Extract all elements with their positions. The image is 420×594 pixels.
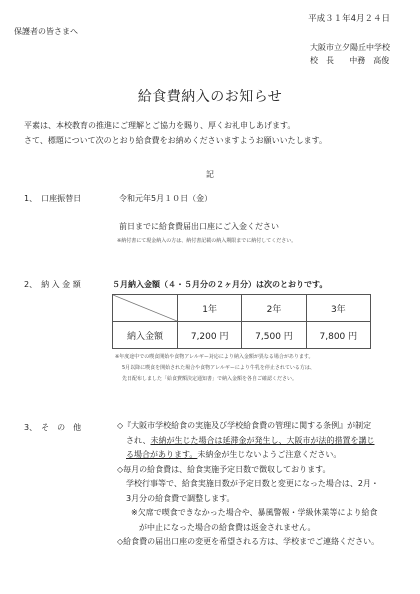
sender-block: 大阪市立夕陽丘中学校 校 長 中務 高俊 [310,41,390,67]
ordinance-line-3: る場合があります。未納金が生じないようご注意ください。 [117,448,379,463]
fee-grade-2: 7,500 円 [242,322,306,349]
ki-text: 記 [206,170,214,179]
account-change-line: ◇給食費の届出口座の変更を希望される方は、学校までご連絡ください。 [117,535,379,550]
ordinance-text: され、 [126,436,150,445]
section1-date: 令和元年5月１０日（金） [119,193,212,204]
row-label: 納入金額 [113,322,178,349]
page-title: 給食費納入のお知らせ [0,86,420,106]
section3-body: ◇『大阪市学校給食の実施及び学校給食費の管理に関する条例』が制定 され、未納が生… [117,419,379,550]
section2-note-3: 先日配布しました「給食費額決定通知書」で納入金額を各自ご確認ください。 [122,374,297,385]
ordinance-line-1: ◇『大阪市学校給食の実施及び学校給食費の管理に関する条例』が制定 [117,419,379,434]
intro-line-2: さて、標題について次のとおり給食費をお納めくださいますようお願いいたします。 [24,133,327,148]
intro-paragraph: 平素は、本校教育の推進にご理解とご協力を賜り、厚くお礼申しあげます。 さて、標題… [24,118,327,148]
principal-name: 中務 高俊 [349,54,389,67]
monthly-fee-line-3: 3月分の給食費で調整します。 [117,492,379,507]
refund-note-line-1: ※欠席で喫食できなかった場合や、暴風警報・学級休業等により給食 [117,506,379,521]
fee-table-row: 納入金額 7,200 円 7,500 円 7,800 円 [113,322,371,349]
principal-title: 校 長 [310,54,334,67]
monthly-fee-line-1: ◇毎月の給食費は、給食実施予定日数で徴収しております。 [117,463,379,478]
intro-line-1: 平素は、本校教育の推進にご理解とご協力を賜り、厚くお礼申しあげます。 [24,118,327,133]
addressee: 保護者の皆さまへ [14,26,78,37]
fee-grade-1: 7,200 円 [178,322,242,349]
ordinance-line-2: され、未納が生じた場合は延滞金が発生し、大阪市が法的措置を講じ [117,434,379,449]
section1-instruction: 前日までに給食費届出口座にご入金ください [119,221,279,232]
principal-line: 校 長 中務 高俊 [310,54,390,67]
section1-note: ※納付書にて現金納入の方は、納付書記載の納入期限までに納付してください。 [117,237,296,244]
refund-note-line-2: が中止になった場合の給食費は返金されません。 [117,521,379,536]
school-name: 大阪市立夕陽丘中学校 [310,41,390,54]
column-header-grade-3: 3年 [306,295,370,322]
fee-table: 1年 2年 3年 納入金額 7,200 円 7,500 円 7,800 円 [112,294,371,349]
section2-note-2: 5月以降に喫食を開始された場合や食物アレルギーにより牛乳を停止されている方は、 [122,363,315,374]
diagonal-line-icon [113,295,177,321]
column-header-grade-2: 2年 [242,295,306,322]
monthly-fee-line-2: 学校行事等で、給食実施日数が予定日数と変更になった場合は、2月・ [117,477,379,492]
fee-grade-3: 7,800 円 [306,322,370,349]
document-date: 平成３１年4月２４日 [308,12,390,24]
section2-label: 2、 納 入 金 額 [24,279,81,290]
section3-label: 3、 そ の 他 [24,422,81,433]
fee-table-header-row: 1年 2年 3年 [113,295,371,322]
section2-heading: ５月納入金額（４・５月分の２ヶ月分）は次のとおりです。 [112,279,327,290]
ordinance-underlined-text: る場合があります。 [126,450,197,459]
ki-heading: 記 [0,169,420,180]
section2-note-1: ※年度途中での喫食開始や食物アレルギー対応により納入金額が異なる場合があります。 [115,352,313,363]
table-corner-cell [113,295,178,322]
section1-label: 1、 口座振替日 [24,193,81,204]
ordinance-text: 未納金が生じないようご注意ください。 [197,450,341,459]
column-header-grade-1: 1年 [178,295,242,322]
ordinance-underlined-text: 未納が生じた場合は延滞金が発生し、大阪市が法的措置を講じ [150,436,374,445]
